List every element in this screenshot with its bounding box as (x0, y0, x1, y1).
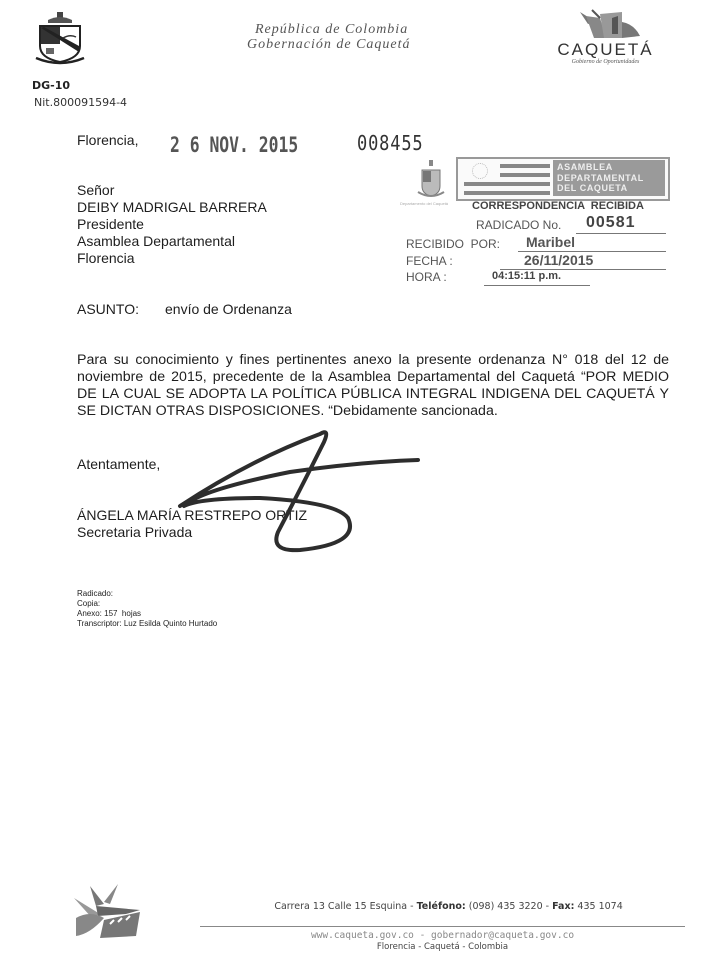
banner-line-1: ASAMBLEA (557, 162, 665, 173)
recipient-organization: Asamblea Departamental (77, 233, 267, 250)
footer-fax-label: Fax: (552, 901, 574, 912)
footer-phone: (098) 435 3220 - (466, 901, 552, 912)
handwritten-signature (160, 420, 430, 560)
radicado-label: RADICADO No. (476, 218, 561, 232)
assembly-emblem-icon (416, 160, 446, 198)
recipient-block: Señor DEIBY MADRIGAL BARRERA Presidente … (77, 182, 267, 267)
recipient-salutation: Señor (77, 182, 267, 199)
dateline-city: Florencia, (77, 132, 138, 149)
stamp-heading: CORRESPONDENCIA RECIBIDA (472, 200, 644, 212)
note-transcriptor: Transcriptor: Luz Esilda Quinto Hurtado (77, 619, 217, 629)
emblem-caption: Departamento del Caquetá (400, 201, 448, 206)
banner-text-box: ASAMBLEA DEPARTAMENTAL DEL CAQUETA (553, 160, 665, 196)
radicado-field: 00581 (576, 214, 666, 234)
footer-phone-label: Teléfono: (417, 901, 466, 912)
hora-value: 04:15:11 p.m. (492, 270, 561, 282)
note-copia: Copia: (77, 599, 217, 609)
recipient-city: Florencia (77, 250, 267, 267)
footer-address-line: Carrera 13 Calle 15 Esquina - Teléfono: … (200, 890, 685, 927)
subject-value: envío de Ordenanza (165, 301, 292, 318)
receipt-stamp: Departamento del Caquetá ASAMBLEA DEPART… (400, 152, 672, 292)
banner-stripe (464, 191, 550, 195)
caqueta-logo-title: CAQUETÁ (548, 40, 663, 60)
footer-bird-logo (70, 880, 142, 940)
letterhead-line-1: República de Colombia (255, 22, 408, 37)
caqueta-logo: CAQUETÁ Gobierno de Oportunidades (548, 8, 663, 66)
coat-of-arms-logo (30, 8, 90, 66)
caqueta-emblem-icon (548, 8, 663, 44)
hora-field: 04:15:11 p.m. (484, 269, 590, 286)
recibido-value: Maribel (526, 234, 575, 250)
banner-stripe (500, 173, 550, 177)
fecha-field: 26/11/2015 (500, 252, 666, 270)
banner-stripe (500, 164, 550, 168)
banner-line-3: DEL CAQUETA (557, 183, 665, 194)
subject-label: ASUNTO: (77, 301, 139, 318)
letterhead-line-2: Gobernación de Caquetá (247, 37, 411, 52)
footer-contact: Carrera 13 Calle 15 Esquina - Teléfono: … (200, 890, 685, 952)
footer-fax: 435 1074 (574, 901, 622, 912)
fecha-value: 26/11/2015 (524, 252, 593, 268)
nit-number: Nit.800091594-4 (34, 96, 127, 109)
recipient-name: DEIBY MADRIGAL BARRERA (77, 199, 267, 216)
banner-line-2: DEPARTAMENTAL (557, 173, 665, 184)
body-paragraph: Para su conocimiento y fines pertinentes… (77, 352, 669, 420)
valediction: Atentamente, (77, 456, 160, 473)
banner-star-icon (472, 163, 488, 179)
coat-of-arms-icon (30, 8, 90, 66)
banner-stripe (464, 182, 550, 186)
notes-block: Radicado: Copia: Anexo: 157 hojas Transc… (77, 589, 217, 629)
recibido-field: Maribel (518, 234, 666, 252)
fecha-label: FECHA : (406, 254, 453, 268)
hora-label: HORA : (406, 270, 447, 284)
radicado-value: 00581 (586, 214, 636, 232)
date-stamp: 2 6 NOV. 2015 (170, 133, 298, 157)
recibido-label: RECIBIDO POR: (406, 237, 500, 251)
note-radicado: Radicado: (77, 589, 217, 599)
footer-web: www.caqueta.gov.co - gobernador@caqueta.… (200, 930, 685, 941)
footer-address: Carrera 13 Calle 15 Esquina - (274, 901, 416, 912)
recipient-role: Presidente (77, 216, 267, 233)
caqueta-logo-subtitle: Gobierno de Oportunidades (548, 59, 663, 65)
note-anexo: Anexo: 157 hojas (77, 609, 217, 619)
footer-location: Florencia - Caquetá - Colombia (200, 942, 685, 952)
assembly-banner: ASAMBLEA DEPARTAMENTAL DEL CAQUETA (456, 157, 670, 201)
document-code: DG-10 (32, 79, 70, 92)
